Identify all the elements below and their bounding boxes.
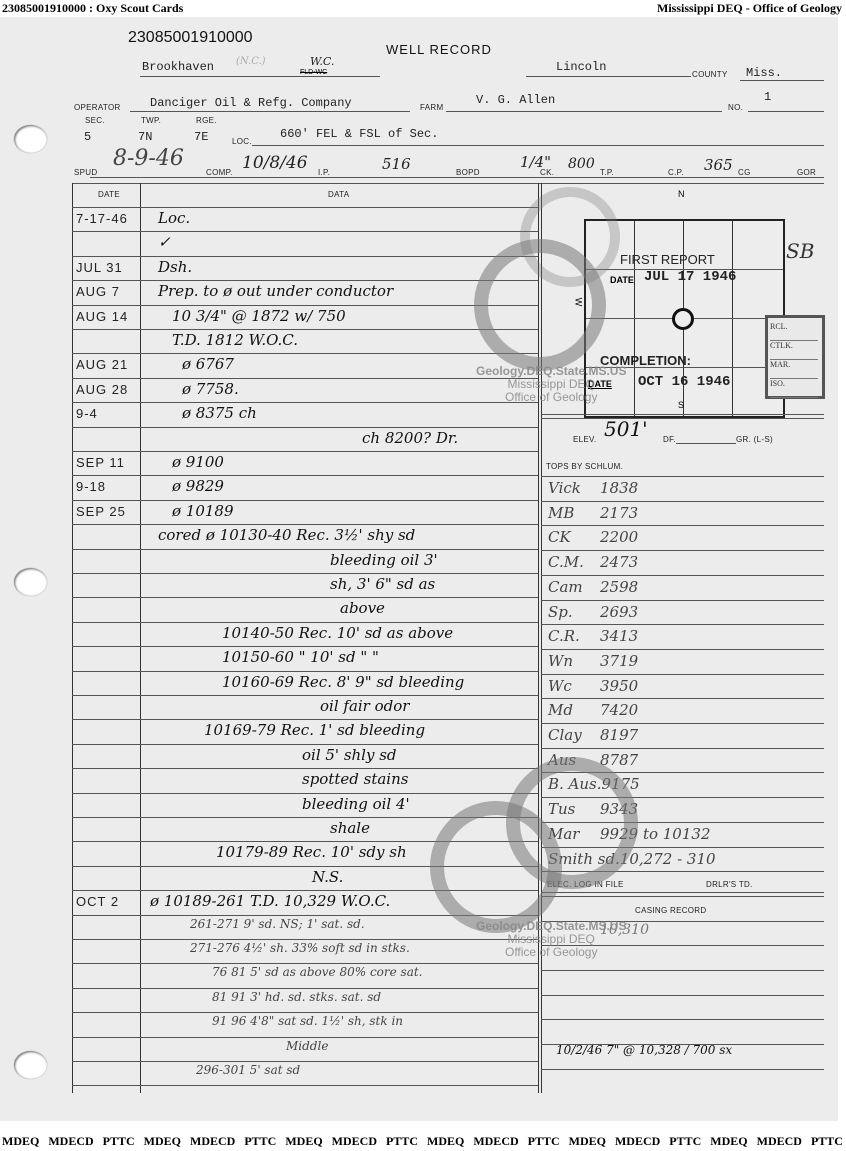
log-entry-text: N.S. <box>312 868 343 886</box>
log-entry-text: bleeding oil 4' <box>302 795 410 813</box>
data-column-header: DATA <box>328 190 349 199</box>
log-entry-text: ø 10189 <box>172 502 234 520</box>
log-date: AUG 28 <box>76 382 128 397</box>
watermark-text: Geology.DEQ.State.MS.US Mississippi DEQ … <box>476 920 626 959</box>
log-entry-text: 10160-69 Rec. 8' 9" sd bleeding <box>222 673 464 691</box>
township: 7N <box>138 130 152 144</box>
log-entry-text: Dsh. <box>158 258 192 276</box>
log-date: AUG 21 <box>76 357 128 372</box>
operator: Danciger Oil & Refg. Company <box>150 96 352 110</box>
field-type-label: FLD-WC <box>300 69 327 76</box>
log-entry-text: above <box>340 599 385 617</box>
comp-label: COMP. <box>206 168 233 177</box>
log-date: 7-17-46 <box>76 211 128 226</box>
well-location-symbol <box>672 308 694 330</box>
log-entry-text: Loc. <box>158 209 190 227</box>
formation-top: Vick1838 <box>548 479 638 497</box>
api-number: 23085001910000 <box>128 29 253 47</box>
log-entry-text: ø 9829 <box>172 477 224 495</box>
ck-label: CK. <box>540 168 554 177</box>
cg-label: CG <box>738 168 751 177</box>
well-number: 1 <box>764 90 771 104</box>
viewer-header: 23085001910000 : Oxy Scout Cards Mississ… <box>0 0 846 16</box>
rge-label: RGE. <box>196 116 217 125</box>
log-entry-text: bleeding oil 3' <box>330 551 438 569</box>
date-column-header: DATE <box>98 190 120 199</box>
spud-date: 8-9-46 <box>113 146 184 171</box>
completion-date: 10/8/46 <box>242 153 308 173</box>
log-entry-text: ø 9100 <box>172 453 224 471</box>
tops-label: TOPS BY SCHLUM. <box>546 462 623 471</box>
log-entry-text: cored ø 10130-40 Rec. 3½' shy sd <box>158 526 415 544</box>
log-entry-text: shale <box>330 819 370 837</box>
log-entry-text: 10 3/4" @ 1872 w/ 750 <box>172 307 346 325</box>
gr-label: GR. (L-S) <box>736 435 773 444</box>
elevation: 501' <box>604 417 648 441</box>
log-entry-text: 296-301 5' sat sd <box>196 1063 300 1077</box>
log-entry-text: spotted stains <box>302 770 408 788</box>
log-entry-text: ø 8375 ch <box>182 404 257 422</box>
watermark-text: Geology.DEQ.State.MS.US Mississippi DEQ … <box>476 365 626 404</box>
log-date: 9-4 <box>76 406 98 421</box>
formation-top: Cam2598 <box>548 578 638 596</box>
log-entry-text: ø 7758. <box>182 380 239 398</box>
log-entry-text: 261-271 9' sd. NS; 1' sat. sd. <box>190 917 365 931</box>
df-label: DF. <box>663 435 676 444</box>
log-entry-text: oil fair odor <box>320 697 409 715</box>
drlr-td-label: DRLR'S TD. <box>706 880 753 889</box>
log-entry-text: 10179-89 Rec. 10' sdy sh <box>216 843 407 861</box>
well-record-card: 23085001910000 WELL RECORD Brookhaven (N… <box>0 17 838 1121</box>
log-entry-text: 10140-50 Rec. 10' sd as above <box>222 624 453 642</box>
formation-top: C.M.2473 <box>548 553 638 571</box>
field-note: (N.C.) <box>236 56 266 67</box>
casing-record-label: CASING RECORD <box>635 906 706 915</box>
log-entry-text: 91 96 4'8" sat sd. 1½' sh, stk in <box>212 1014 403 1028</box>
formation-top: Wc3950 <box>548 677 638 695</box>
elev-label: ELEV. <box>573 435 596 444</box>
bopd-label: BOPD <box>456 168 480 177</box>
viewer-footer: MDEQ MDECD PTTC MDEQ MDECD PTTC MDEQ MDE… <box>0 1134 846 1149</box>
log-entry-text: ✓ <box>158 233 171 251</box>
log-entry-text: Middle <box>286 1039 328 1053</box>
first-report-date: JUL 17 1946 <box>644 269 736 285</box>
first-report-date-label: DATE <box>610 275 634 285</box>
tubing-pressure: 800 <box>568 156 595 172</box>
log-entry-text: 76 81 5' sd as above 80% core sat. <box>212 965 423 979</box>
log-entry-text: sh, 3' 6" sd as <box>330 575 435 593</box>
completion-stamp-date: OCT 16 1946 <box>638 374 730 390</box>
loc-label: LOC. <box>232 137 252 146</box>
routing-stamp-item: ISO. <box>770 375 818 398</box>
log-date: JUL 31 <box>76 260 123 275</box>
tp-label: T.P. <box>600 168 614 177</box>
log-date: OCT 2 <box>76 894 119 909</box>
farm: V. G. Allen <box>476 93 555 107</box>
casing-pressure: 365 <box>704 156 733 174</box>
initials: SB <box>786 239 814 263</box>
state: Miss. <box>746 66 782 80</box>
no-label: NO. <box>728 103 743 112</box>
log-entry-text: 81 91 3' hd. sd. stks. sat. sd <box>212 990 381 1004</box>
ip-label: I.P. <box>318 168 330 177</box>
log-entry-text: ø 10189-261 T.D. 10,329 W.O.C. <box>150 892 390 910</box>
log-entry-text: Prep. to ø out under conductor <box>158 282 393 300</box>
log-entry-text: ø 6767 <box>182 355 234 373</box>
location: 660' FEL & FSL of Sec. <box>280 127 438 141</box>
log-date: SEP 11 <box>76 455 125 470</box>
section: 5 <box>84 130 91 144</box>
north-label: N <box>678 189 685 199</box>
first-report-label: FIRST REPORT <box>620 252 715 267</box>
log-entry-text: 271-276 4½' sh. 33% soft sd in stks. <box>190 941 410 955</box>
casing-entry: 10/2/46 7" @ 10,328 / 700 sx <box>556 1043 732 1057</box>
agency-name: Mississippi DEQ - Office of Geology <box>657 1 842 16</box>
log-date: AUG 14 <box>76 309 128 324</box>
log-entry-text: T.D. 1812 W.O.C. <box>172 331 298 349</box>
initial-production: 516 <box>382 155 411 173</box>
south-label: S <box>678 400 684 410</box>
range: 7E <box>194 130 208 144</box>
formation-top: Sp.2693 <box>548 603 638 621</box>
formation-top: Md7420 <box>548 701 638 719</box>
formation-top: CK2200 <box>548 528 638 546</box>
operator-label: OPERATOR <box>74 103 121 112</box>
gor-label: GOR <box>797 168 816 177</box>
log-entry-text: ch 8200? Dr. <box>362 429 458 447</box>
document-title: 23085001910000 : Oxy Scout Cards <box>2 1 183 16</box>
county: Lincoln <box>556 60 606 74</box>
spud-label: SPUD <box>74 168 97 177</box>
log-date: SEP 25 <box>76 504 126 519</box>
field-type-handwritten: W.C. <box>310 55 334 68</box>
watermark-logo <box>520 187 620 287</box>
watermark-logo <box>506 757 638 889</box>
routing-stamp: RCL.CTLK.MAR.ISO. <box>765 315 825 399</box>
sec-label: SEC. <box>85 116 105 125</box>
field-name: Brookhaven <box>142 60 214 74</box>
punch-hole <box>14 568 47 596</box>
formation-top: MB2173 <box>548 504 638 522</box>
punch-hole <box>14 125 47 153</box>
log-entry-text: 10169-79 Rec. 1' sd bleeding <box>204 721 425 739</box>
log-entry-text: oil 5' shly sd <box>302 746 397 764</box>
farm-label: FARM <box>420 103 443 112</box>
log-entry-text: 10150-60 " 10' sd " " <box>222 648 379 666</box>
formation-top: Wn3719 <box>548 652 638 670</box>
twp-label: TWP. <box>141 116 161 125</box>
formation-top: C.R.3413 <box>548 627 638 645</box>
formation-top: Clay8197 <box>548 726 638 744</box>
log-date: AUG 7 <box>76 284 120 299</box>
log-date: 9-18 <box>76 479 106 494</box>
punch-hole <box>14 1051 47 1079</box>
county-label: COUNTY <box>692 70 728 79</box>
cp-label: C.P. <box>668 168 684 177</box>
form-title: WELL RECORD <box>386 42 492 57</box>
